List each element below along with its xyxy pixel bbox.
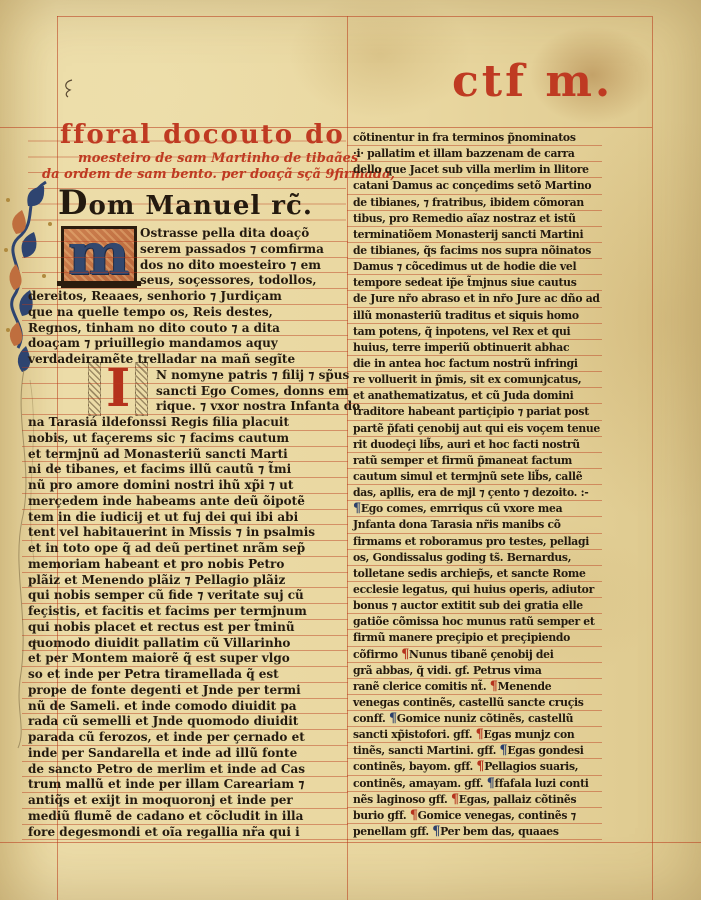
ruling-line-right-margin (652, 16, 653, 900)
manuscript-line: qui nobis placet et rectus est per t̃min… (28, 620, 346, 636)
line-text: continẽs, bayom. gff. (353, 760, 476, 773)
rubric-title-line-3: da ordem de sam bento. per doaçã sçã 9fi… (42, 167, 395, 182)
manuscript-line: sancti xp̃istofori. gff. ¶Egas munjz con (353, 727, 600, 743)
manuscript-line: terminatiõem Monasterij sancti Martini (353, 227, 600, 243)
heading-initial: D (58, 183, 88, 223)
manuscript-line: so et inde per Petra tiramellada q̃ est (28, 667, 346, 683)
line-text: et per Montem maiorẽ q̃ est super vlgo (28, 651, 290, 665)
line-text: dello que Jacet sub villa merlim in llit… (353, 163, 589, 176)
manuscript-line: dereitos, Reaaes, senhorio ⁊ Jurdiçam (28, 289, 346, 305)
line-text: verdadeiramẽte trelladar na mañ segĩte (28, 352, 295, 366)
line-text: Damus ⁊ cõcedimus ut de hodie die vel (353, 260, 576, 273)
manuscript-line: das, apllis, era de mjl ⁊ çento ⁊ dezoit… (353, 485, 600, 501)
manuscript-line: et anathematizatus, et cũ Juda domini (353, 388, 600, 404)
manuscript-line: verdadeiramẽte trelladar na mañ segĩte (28, 352, 346, 368)
manuscript-line: Ostrasse pella dita doaçõ (28, 226, 346, 242)
line-text: Nunus tibanẽ çenobij dei (409, 648, 554, 661)
line-text: ·i· pallatim et illam bazzenam de carra (353, 147, 575, 160)
manuscript-line: rique. ⁊ vxor nostra Infanta do (28, 399, 346, 415)
manuscript-line: quomodo diuidit pallatim cũ Villarinho (28, 636, 346, 652)
manuscript-line: Damus ⁊ cõcedimus ut de hodie die vel (353, 259, 600, 275)
manuscript-line: mediũ flumẽ de cadano et cõcludit in ill… (28, 809, 346, 825)
manuscript-line: feçistis, et facitis et facims per termj… (28, 604, 346, 620)
manuscript-line: et per Montem maiorẽ q̃ est super vlgo (28, 651, 346, 667)
manuscript-line: de sancto Petro de merlim et inde ad Cas (28, 762, 346, 778)
line-text: Gomice venegas, continẽs ⁊ (418, 809, 576, 822)
heading-text: om Manuel rc̃. (88, 191, 312, 221)
paragraph-mark: ¶ (487, 776, 495, 791)
line-text: doaçam ⁊ priuillegio mandamos aquy (28, 336, 278, 350)
manuscript-line: cõtinentur in fra terminos p̃nominatos (353, 130, 600, 146)
manuscript-line: illũ monasteriũ traditus et siquis homo (353, 308, 600, 324)
line-text: serem passados ⁊ comfirma (140, 242, 324, 256)
line-text: das, apllis, era de mjl ⁊ çento ⁊ dezoit… (353, 486, 588, 499)
line-text: parada cũ ferozos, et inde per çernado e… (28, 730, 305, 744)
line-text: ecclesie legatus, qui huius operis, adiu… (353, 583, 594, 596)
rubric-title-line-1: fforal docouto do (60, 120, 345, 150)
line-text: catani Damus ac conçedims setõ Martino (353, 179, 591, 192)
line-text: qui nobis placet et rectus est per t̃min… (28, 620, 295, 634)
line-text: tempore sedeat ip̃e t̃mjnus siue cautus (353, 276, 577, 289)
manuscript-line: de Jure nr̃o abraso et in nr̃o Jure ac d… (353, 291, 600, 307)
line-text: rada cũ semelli et Jnde quomodo diuidit (28, 714, 298, 728)
line-text: nẽs laginoso gff. (353, 793, 451, 806)
manuscript-line: ni de tibanes, et facims illũ cautũ ⁊ t̃… (28, 462, 346, 478)
line-text: quomodo diuidit pallatim cũ Villarinho (28, 636, 290, 650)
manuscript-line: tent vel habitauerint in Missis ⁊ in psa… (28, 525, 346, 541)
manuscript-line: tem in die iudicij et ut fuj dei qui ibi… (28, 510, 346, 526)
line-text: terminatiõem Monasterij sancti Martini (353, 228, 583, 241)
manuscript-line: ·i· pallatim et illam bazzenam de carra (353, 146, 600, 162)
right-column: cõtinentur in fra terminos p̃nominatos·i… (353, 130, 600, 840)
manuscript-line: firmũ manere preçipio et preçipiendo (353, 630, 600, 646)
line-text: bonus ⁊ auctor extitit sub dei gratia el… (353, 599, 583, 612)
manuscript-line: dos no dito moesteiro ⁊ em (28, 258, 346, 274)
manuscript-line: conff. ¶Gomice nuniz cõtinẽs, castellũ (353, 711, 600, 727)
manuscript-line: parada cũ ferozos, et inde per çernado e… (28, 730, 346, 746)
rubric-title-line-2: moesteiro de sam Martinho de tibaães (78, 151, 358, 166)
ruling-line-gutter (347, 16, 348, 900)
line-text: venegas continẽs, castellũ sancte cruçis (353, 696, 584, 709)
line-text: et anathematizatus, et cũ Juda domini (353, 389, 573, 402)
line-text: Egas, pallaiz cõtinẽs (459, 793, 576, 806)
line-text: feçistis, et facitis et facims per termj… (28, 604, 307, 618)
manuscript-line: N nomyne patris ⁊ filij ⁊ sp̃us (28, 368, 346, 384)
line-text: tolletane sedis archiep̃s, et sancte Rom… (353, 567, 586, 580)
manuscript-line: qui nobis semper cũ fide ⁊ veritate suj … (28, 588, 346, 604)
manuscript-line: re volluerit in p̃mis, sit ex comunjcatu… (353, 372, 600, 388)
manuscript-line: de tibianes, ⁊ fratribus, ibidem cõmoran (353, 195, 600, 211)
manuscript-line: seus, soçessores, todollos, (28, 273, 346, 289)
manuscript-line: inde per Sandarella et inde ad illũ font… (28, 746, 346, 762)
section-heading: Dom Manuel rc̃. (58, 183, 313, 223)
line-text: continẽs, amayam. gff. (353, 777, 487, 790)
line-text: sancti Ego Comes, donns em (156, 384, 349, 398)
line-text: firmũ manere preçipio et preçipiendo (353, 631, 570, 644)
manuscript-line: burio gff. ¶Gomice venegas, continẽs ⁊ (353, 808, 600, 824)
manuscript-line: trum mallũ et inde per illam Careariam ⁊ (28, 777, 346, 793)
manuscript-line: rada cũ semelli et Jnde quomodo diuidit (28, 714, 346, 730)
paragraph-mark: ¶ (410, 808, 418, 823)
pen-squiggle-mark (60, 78, 76, 98)
line-text: Per bem das, quaaes (440, 825, 559, 838)
manuscript-line: grã abbas, q̃ vidi. gf. Petrus vima (353, 663, 600, 679)
manuscript-line: fore degesmondi et oĩa regallia nr̃a qui… (28, 825, 346, 841)
line-text: Gomice nuniz cõtinẽs, castellũ (397, 712, 573, 725)
line-text: Ostrasse pella dita doaçõ (140, 226, 309, 240)
manuscript-line: plãiz et Menendo plãiz ⁊ Pellagio plãiz (28, 573, 346, 589)
line-text: tinẽs, sancti Martini. gff. (353, 744, 500, 757)
line-text: Egas munjz con (483, 728, 574, 741)
manuscript-line: sancti Ego Comes, donns em (28, 384, 346, 400)
manuscript-line: de tibianes, q̃s facims nos supra nõinat… (353, 243, 600, 259)
folio-mark: ctf m. (452, 56, 613, 107)
line-text: antiq̃s et exijt in moquoronj et inde pe… (28, 793, 293, 807)
left-column: Ostrasse pella dita doaçõserem passados … (28, 226, 346, 840)
paragraph-mark: ¶ (389, 711, 397, 726)
line-text: merçedem inde habeams ante deũ õipotẽ (28, 494, 305, 508)
manuscript-line: antiq̃s et exijt in moquoronj et inde pe… (28, 793, 346, 809)
line-text: penellam gff. (353, 825, 432, 838)
manuscript-line: nũ de Sameli. et inde comodo diuidit pa (28, 699, 346, 715)
line-text: illũ monasteriũ traditus et siquis homo (353, 309, 579, 322)
line-text: Regnos, tinham no dito couto ⁊ a dita (28, 321, 280, 335)
manuscript-line: nobis, ut façerems sic ⁊ facims cautum (28, 431, 346, 447)
ruling-line-top (57, 16, 652, 17)
manuscript-line: nũ pro amore domini nostri ihũ xp̃i ⁊ ut (28, 478, 346, 494)
line-text: fore degesmondi et oĩa regallia nr̃a qui… (28, 825, 300, 839)
line-text: firmams et roboramus pro testes, pellagi (353, 535, 589, 548)
line-text: na Tarasiá ildefonssi Regis filia placui… (28, 415, 289, 429)
line-text: tent vel habitauerint in Missis ⁊ in psa… (28, 525, 315, 539)
manuscript-line: firmams et roboramus pro testes, pellagi (353, 534, 600, 550)
line-text: cõfirmo (353, 648, 401, 661)
manuscript-line: merçedem inde habeams ante deũ õipotẽ (28, 494, 346, 510)
paragraph-mark: ¶ (490, 679, 498, 694)
line-text: so et inde per Petra tiramellada q̃ est (28, 667, 279, 681)
line-text: dos no dito moesteiro ⁊ em (140, 258, 321, 272)
manuscript-line: cautum simul et termjnũ sete lib̃s, call… (353, 469, 600, 485)
paragraph-mark: ¶ (432, 824, 440, 839)
line-text: N nomyne patris ⁊ filij ⁊ sp̃us (156, 368, 349, 382)
line-text: ranẽ clerice comitis nt̃. (353, 680, 490, 693)
paragraph-mark: ¶ (353, 501, 361, 516)
line-text: Ego comes, emrriqus cũ vxore mea (361, 502, 563, 515)
line-text: inde per Sandarella et inde ad illũ font… (28, 746, 297, 760)
manuscript-line: bonus ⁊ auctor extitit sub dei gratia el… (353, 598, 600, 614)
paragraph-mark: ¶ (401, 647, 409, 662)
line-text: re volluerit in p̃mis, sit ex comunjcatu… (353, 373, 581, 386)
manuscript-line: nẽs laginoso gff. ¶Egas, pallaiz cõtinẽs (353, 792, 600, 808)
line-text: Menende (498, 680, 552, 693)
line-text: die in antea hoc factum nostrũ infringi (353, 357, 578, 370)
manuscript-line: ¶Ego comes, emrriqus cũ vxore mea (353, 501, 600, 517)
manuscript-line: ranẽ clerice comitis nt̃. ¶Menende (353, 679, 600, 695)
line-text: sancti xp̃istofori. gff. (353, 728, 476, 741)
line-text: Pellagios suaris, (484, 760, 578, 773)
manuscript-line: doaçam ⁊ priuillegio mandamos aquy (28, 336, 346, 352)
manuscript-line: Regnos, tinham no dito couto ⁊ a dita (28, 321, 346, 337)
manuscript-page: ctf m. fforal docouto do moesteiro de sa… (0, 0, 701, 900)
ruling-line-bottom (0, 842, 701, 843)
line-text: cõtinentur in fra terminos p̃nominatos (353, 131, 576, 144)
manuscript-line: na Tarasiá ildefonssi Regis filia placui… (28, 415, 346, 431)
line-text: rit duodeçi lib̃s, auri et hoc facti nos… (353, 438, 580, 451)
line-text: ni de tibanes, et facims illũ cautũ ⁊ t̃… (28, 462, 291, 476)
line-text: burio gff. (353, 809, 410, 822)
line-text: os, Gondissalus goding ts̃. Bernardus, (353, 551, 571, 564)
manuscript-line: tempore sedeat ip̃e t̃mjnus siue cautus (353, 275, 600, 291)
manuscript-line: cõfirmo ¶Nunus tibanẽ çenobij dei (353, 647, 600, 663)
line-text: dereitos, Reaaes, senhorio ⁊ Jurdiçam (28, 289, 282, 303)
manuscript-line: rit duodeçi lib̃s, auri et hoc facti nos… (353, 437, 600, 453)
line-text: memoriam habeant et pro nobis Petro (28, 557, 284, 571)
line-text: de tibianes, q̃s facims nos supra nõinat… (353, 244, 591, 257)
line-text: tibus, pro Remedio aĩaz nostraz et istũ (353, 212, 576, 225)
manuscript-line: continẽs, amayam. gff. ¶ffafala luzi con… (353, 776, 600, 792)
manuscript-line: dello que Jacet sub villa merlim in llit… (353, 162, 600, 178)
manuscript-line: huius, terre imperiũ obtinuerit abhac (353, 340, 600, 356)
line-text: tem in die iudicij et ut fuj dei qui ibi… (28, 510, 298, 524)
manuscript-line: Jnfanta dona Tarasia nr̃is manibs cõ (353, 517, 600, 533)
line-text: nũ pro amore domini nostri ihũ xp̃i ⁊ ut (28, 478, 293, 492)
manuscript-line: die in antea hoc factum nostrũ infringi (353, 356, 600, 372)
manuscript-line: tolletane sedis archiep̃s, et sancte Rom… (353, 566, 600, 582)
line-text: ratũ semper et firmũ p̃maneat factum (353, 454, 572, 467)
manuscript-line: tibus, pro Remedio aĩaz nostraz et istũ (353, 211, 600, 227)
manuscript-line: ratũ semper et firmũ p̃maneat factum (353, 453, 600, 469)
line-text: huius, terre imperiũ obtinuerit abhac (353, 341, 569, 354)
line-text: rique. ⁊ vxor nostra Infanta do (156, 399, 360, 413)
line-text: nobis, ut façerems sic ⁊ facims cautum (28, 431, 289, 445)
line-text: qui nobis semper cũ fide ⁊ veritate suj … (28, 588, 304, 602)
manuscript-line: que na quelle tempo os, Reis destes, (28, 305, 346, 321)
line-text: grã abbas, q̃ vidi. gf. Petrus vima (353, 664, 542, 677)
line-text: que na quelle tempo os, Reis destes, (28, 305, 273, 319)
manuscript-line: tam potens, q̃ inpotens, vel Rex et qui (353, 324, 600, 340)
manuscript-line: memoriam habeant et pro nobis Petro (28, 557, 346, 573)
line-text: seus, soçessores, todollos, (140, 273, 317, 287)
line-text: nũ de Sameli. et inde comodo diuidit pa (28, 699, 297, 713)
line-text: traditore habeant partiçipio ⁊ pariat po… (353, 405, 589, 418)
line-text: partẽ p̃fati çenobij aut qui eis voçem t… (353, 422, 600, 435)
line-text: de Jure nr̃o abraso et in nr̃o Jure ac d… (353, 292, 600, 305)
line-text: conff. (353, 712, 389, 725)
manuscript-line: prope de fonte degenti et Jnde per termi (28, 683, 346, 699)
manuscript-line: traditore habeant partiçipio ⁊ pariat po… (353, 404, 600, 420)
line-text: et termjnũ ad Monasteriũ sancti Marti (28, 447, 288, 461)
line-text: trum mallũ et inde per illam Careariam ⁊ (28, 777, 304, 791)
line-text: et in toto ope q̃ ad deũ pertinet nrãm s… (28, 541, 305, 555)
manuscript-line: venegas continẽs, castellũ sancte cruçis (353, 695, 600, 711)
manuscript-line: continẽs, bayom. gff. ¶Pellagios suaris, (353, 759, 600, 775)
line-text: plãiz et Menendo plãiz ⁊ Pellagio plãiz (28, 573, 285, 587)
line-text: Jnfanta dona Tarasia nr̃is manibs cõ (353, 518, 561, 531)
line-text: tam potens, q̃ inpotens, vel Rex et qui (353, 325, 570, 338)
manuscript-line: gatiõe cõmissa hoc munus ratũ semper et (353, 614, 600, 630)
line-text: gatiõe cõmissa hoc munus ratũ semper et (353, 615, 595, 628)
line-text: prope de fonte degenti et Jnde per termi (28, 683, 301, 697)
manuscript-line: catani Damus ac conçedims setõ Martino (353, 178, 600, 194)
manuscript-line: tinẽs, sancti Martini. gff. ¶Egas gondes… (353, 743, 600, 759)
line-text: Egas gondesi (507, 744, 583, 757)
manuscript-line: penellam gff. ¶Per bem das, quaaes (353, 824, 600, 840)
line-text: de tibianes, ⁊ fratribus, ibidem cõmoran (353, 196, 584, 209)
manuscript-line: os, Gondissalus goding ts̃. Bernardus, (353, 550, 600, 566)
line-text: de sancto Petro de merlim et inde ad Cas (28, 762, 305, 776)
line-text: cautum simul et termjnũ sete lib̃s, call… (353, 470, 582, 483)
manuscript-line: et in toto ope q̃ ad deũ pertinet nrãm s… (28, 541, 346, 557)
manuscript-line: et termjnũ ad Monasteriũ sancti Marti (28, 447, 346, 463)
line-text: mediũ flumẽ de cadano et cõcludit in ill… (28, 809, 303, 823)
manuscript-line: ecclesie legatus, qui huius operis, adiu… (353, 582, 600, 598)
manuscript-line: serem passados ⁊ comfirma (28, 242, 346, 258)
line-text: ffafala luzi conti (495, 777, 589, 790)
manuscript-line: partẽ p̃fati çenobij aut qui eis voçem t… (353, 421, 600, 437)
paragraph-mark: ¶ (451, 792, 459, 807)
